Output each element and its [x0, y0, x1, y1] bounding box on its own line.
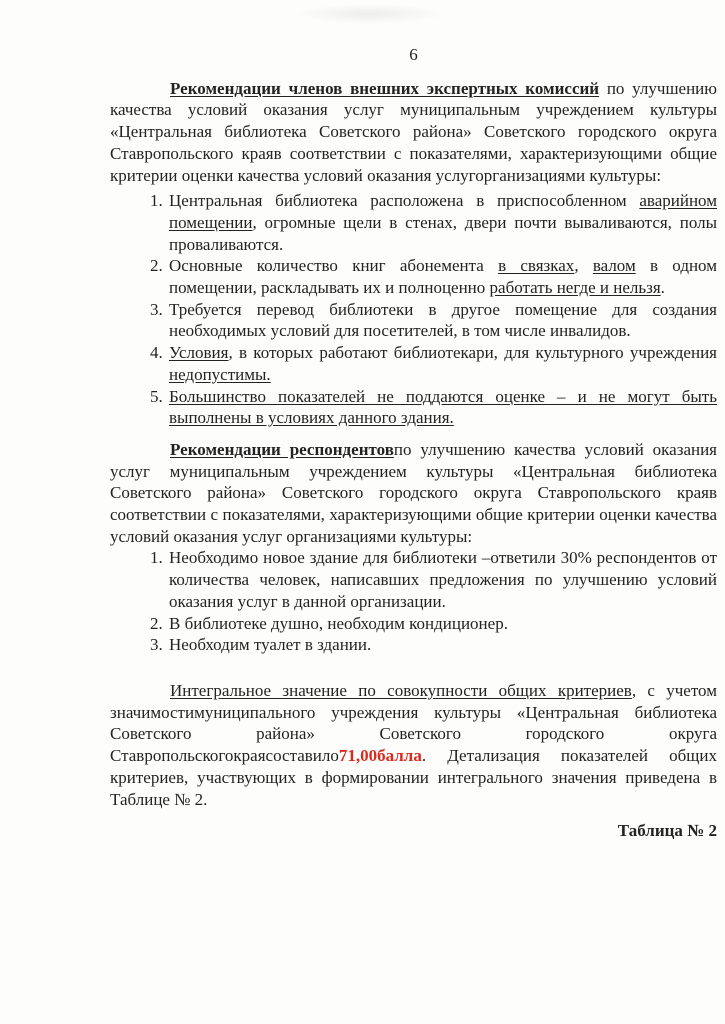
- text-segment: в связках: [498, 256, 574, 275]
- text-segment: Рекомендации членов внешних экспертных к…: [170, 79, 599, 98]
- text-segment: недопустимы.: [169, 365, 271, 384]
- text-segment: ,: [574, 256, 593, 275]
- text-segment: Основные количество книг абонемента: [169, 256, 498, 275]
- respondents-recommendations-paragraph: Рекомендации респондентовпо улучшению ка…: [110, 439, 717, 548]
- list-item: Условия, в которых работают библиотекари…: [167, 342, 717, 385]
- scan-artifact: [295, 4, 445, 24]
- list-item: Необходим туалет в здании.: [167, 634, 717, 656]
- text-segment: 71,00балла: [339, 746, 422, 765]
- table-caption: Таблица № 2: [110, 820, 717, 842]
- text-segment: Большинство показателей не поддаются оце…: [169, 387, 717, 428]
- text-segment: , в которых работают библиотекари, для к…: [228, 343, 717, 362]
- document-page: 6 Рекомендации членов внешних экспертных…: [0, 0, 725, 1024]
- list-item: Большинство показателей не поддаются оце…: [167, 386, 717, 429]
- text-segment: Необходим туалет в здании.: [169, 635, 371, 654]
- text-segment: Требуется перевод библиотеки в другое по…: [169, 300, 717, 341]
- list-item: Необходимо новое здание для библиотеки –…: [167, 547, 717, 612]
- text-segment: .: [661, 278, 665, 297]
- text-segment: Необходимо новое здание для библиотеки –…: [169, 548, 717, 610]
- expert-recommendations-list: Центральная библиотека расположена в при…: [110, 190, 717, 429]
- page-number: 6: [110, 44, 717, 66]
- respondents-recommendations-list: Необходимо новое здание для библиотеки –…: [110, 547, 717, 656]
- text-segment: Интегральное значение по совокупности об…: [170, 681, 632, 700]
- list-item: Основные количество книг абонемента в св…: [167, 255, 717, 298]
- text-segment: работать негде и нельзя: [490, 278, 661, 297]
- list-item: Требуется перевод библиотеки в другое по…: [167, 299, 717, 342]
- list-item: В библиотеке душно, необходим кондиционе…: [167, 613, 717, 635]
- text-segment: Центральная библиотека расположена в при…: [169, 191, 639, 210]
- list-item: Центральная библиотека расположена в при…: [167, 190, 717, 255]
- expert-recommendations-paragraph: Рекомендации членов внешних экспертных к…: [110, 78, 717, 187]
- text-segment: Условия: [169, 343, 228, 362]
- integral-value-paragraph: Интегральное значение по совокупности об…: [110, 680, 717, 810]
- text-segment: В библиотеке душно, необходим кондиционе…: [169, 614, 508, 633]
- text-segment: валом: [593, 256, 636, 275]
- text-segment: Рекомендации респондентов: [170, 440, 394, 459]
